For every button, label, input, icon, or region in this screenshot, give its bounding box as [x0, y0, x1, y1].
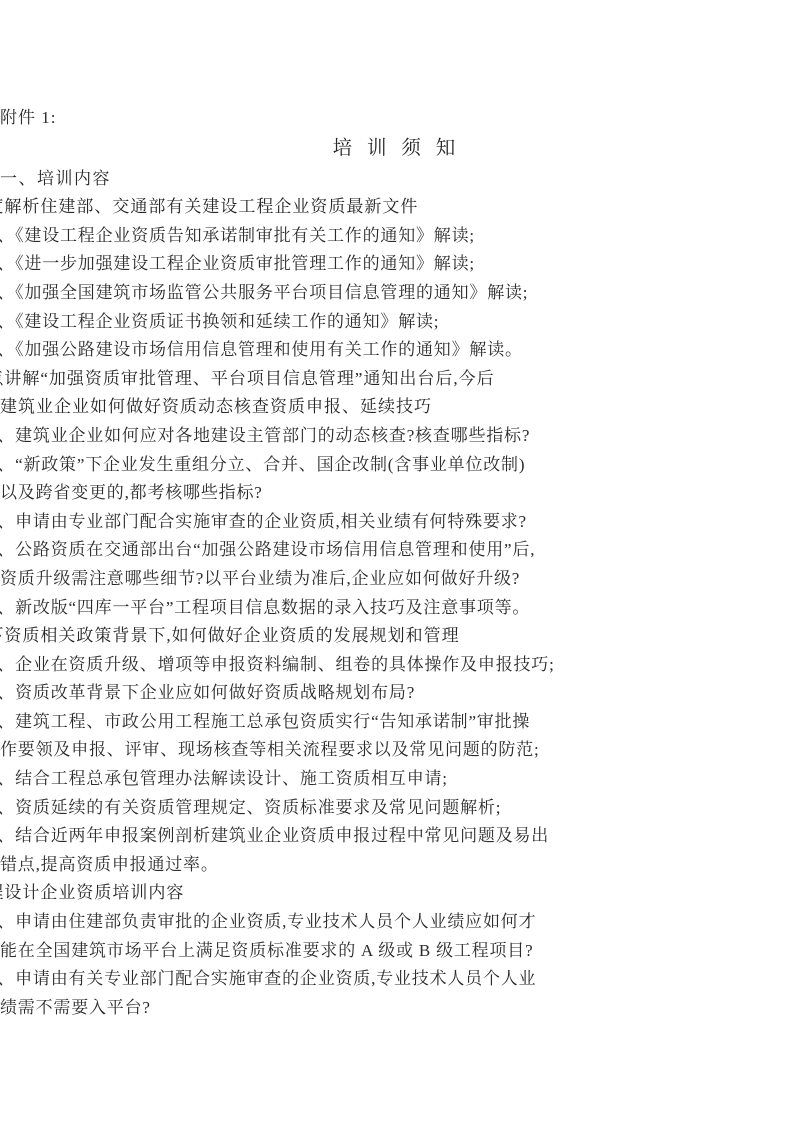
document-page: 附件 1: 培 训 须 知 一、培训内容 (一)深度解析住建部、交通部有关建设工… [0, 0, 793, 1122]
list-item: 3、申请由专业部门配合实施审查的企业资质,相关业绩有何特殊要求? [0, 508, 793, 537]
list-item: 2、《进一步加强建设工程企业资质审批管理工作的通知》解读; [0, 250, 793, 279]
list-item: 2、“新政策”下企业发生重组分立、合并、国企改制(含事业单位改制) 以及跨省变更… [0, 451, 793, 508]
list-item: 4、公路资质在交通部出台“加强公路建设市场信用信息管理和使用”后, 资质升级需注… [0, 536, 793, 593]
section-4-heading: (四)工程设计企业资质培训内容 [0, 879, 793, 908]
section-1-heading: (一)深度解析住建部、交通部有关建设工程企业资质最新文件 [0, 193, 793, 222]
section-2-heading: (二)重点讲解“加强资质审批管理、平台项目信息管理”通知出台后,今后 建筑业企业… [0, 365, 793, 422]
list-item: 1、《建设工程企业资质告知承诺制审批有关工作的通知》解读; [0, 222, 793, 251]
page-title: 培 训 须 知 [0, 133, 793, 165]
list-item: 1、建筑业企业如何应对各地建设主管部门的动态核查?核查哪些指标? [0, 422, 793, 451]
part-heading: 一、培训内容 [0, 165, 793, 194]
list-item: 3、《加强全国建筑市场监管公共服务平台项目信息管理的通知》解读; [0, 279, 793, 308]
list-item: 4、《建设工程企业资质证书换领和延续工作的通知》解读; [0, 308, 793, 337]
list-item: 1、企业在资质升级、增项等申报资料编制、组卷的具体操作及申报技巧; [0, 651, 793, 680]
list-item: 5、《加强公路建设市场信用信息管理和使用有关工作的通知》解读。 [0, 336, 793, 365]
list-item: 4、结合工程总承包管理办法解读设计、施工资质相互申请; [0, 765, 793, 794]
list-item: 1、申请由住建部负责审批的企业资质,专业技术人员个人业绩应如何才 能在全国建筑市… [0, 908, 793, 965]
list-item: 6、结合近两年申报案例剖析建筑业企业资质申报过程中常见问题及易出 错点,提高资质… [0, 822, 793, 879]
attachment-label: 附件 1: [0, 104, 793, 133]
list-item: 5、资质延续的有关资质管理规定、资质标准要求及常见问题解析; [0, 794, 793, 823]
list-item: 3、建筑工程、市政公用工程施工总承包资质实行“告知承诺制”审批操 作要领及申报、… [0, 708, 793, 765]
list-item: 2、申请由有关专业部门配合实施审查的企业资质,专业技术人员个人业 绩需不需要入平… [0, 965, 793, 1022]
section-3-heading: (三)当下资质相关政策背景下,如何做好企业资质的发展规划和管理 [0, 622, 793, 651]
list-item: 2、资质改革背景下企业应如何做好资质战略规划布局? [0, 679, 793, 708]
list-item: 5、新改版“四库一平台”工程项目信息数据的录入技巧及注意事项等。 [0, 594, 793, 623]
